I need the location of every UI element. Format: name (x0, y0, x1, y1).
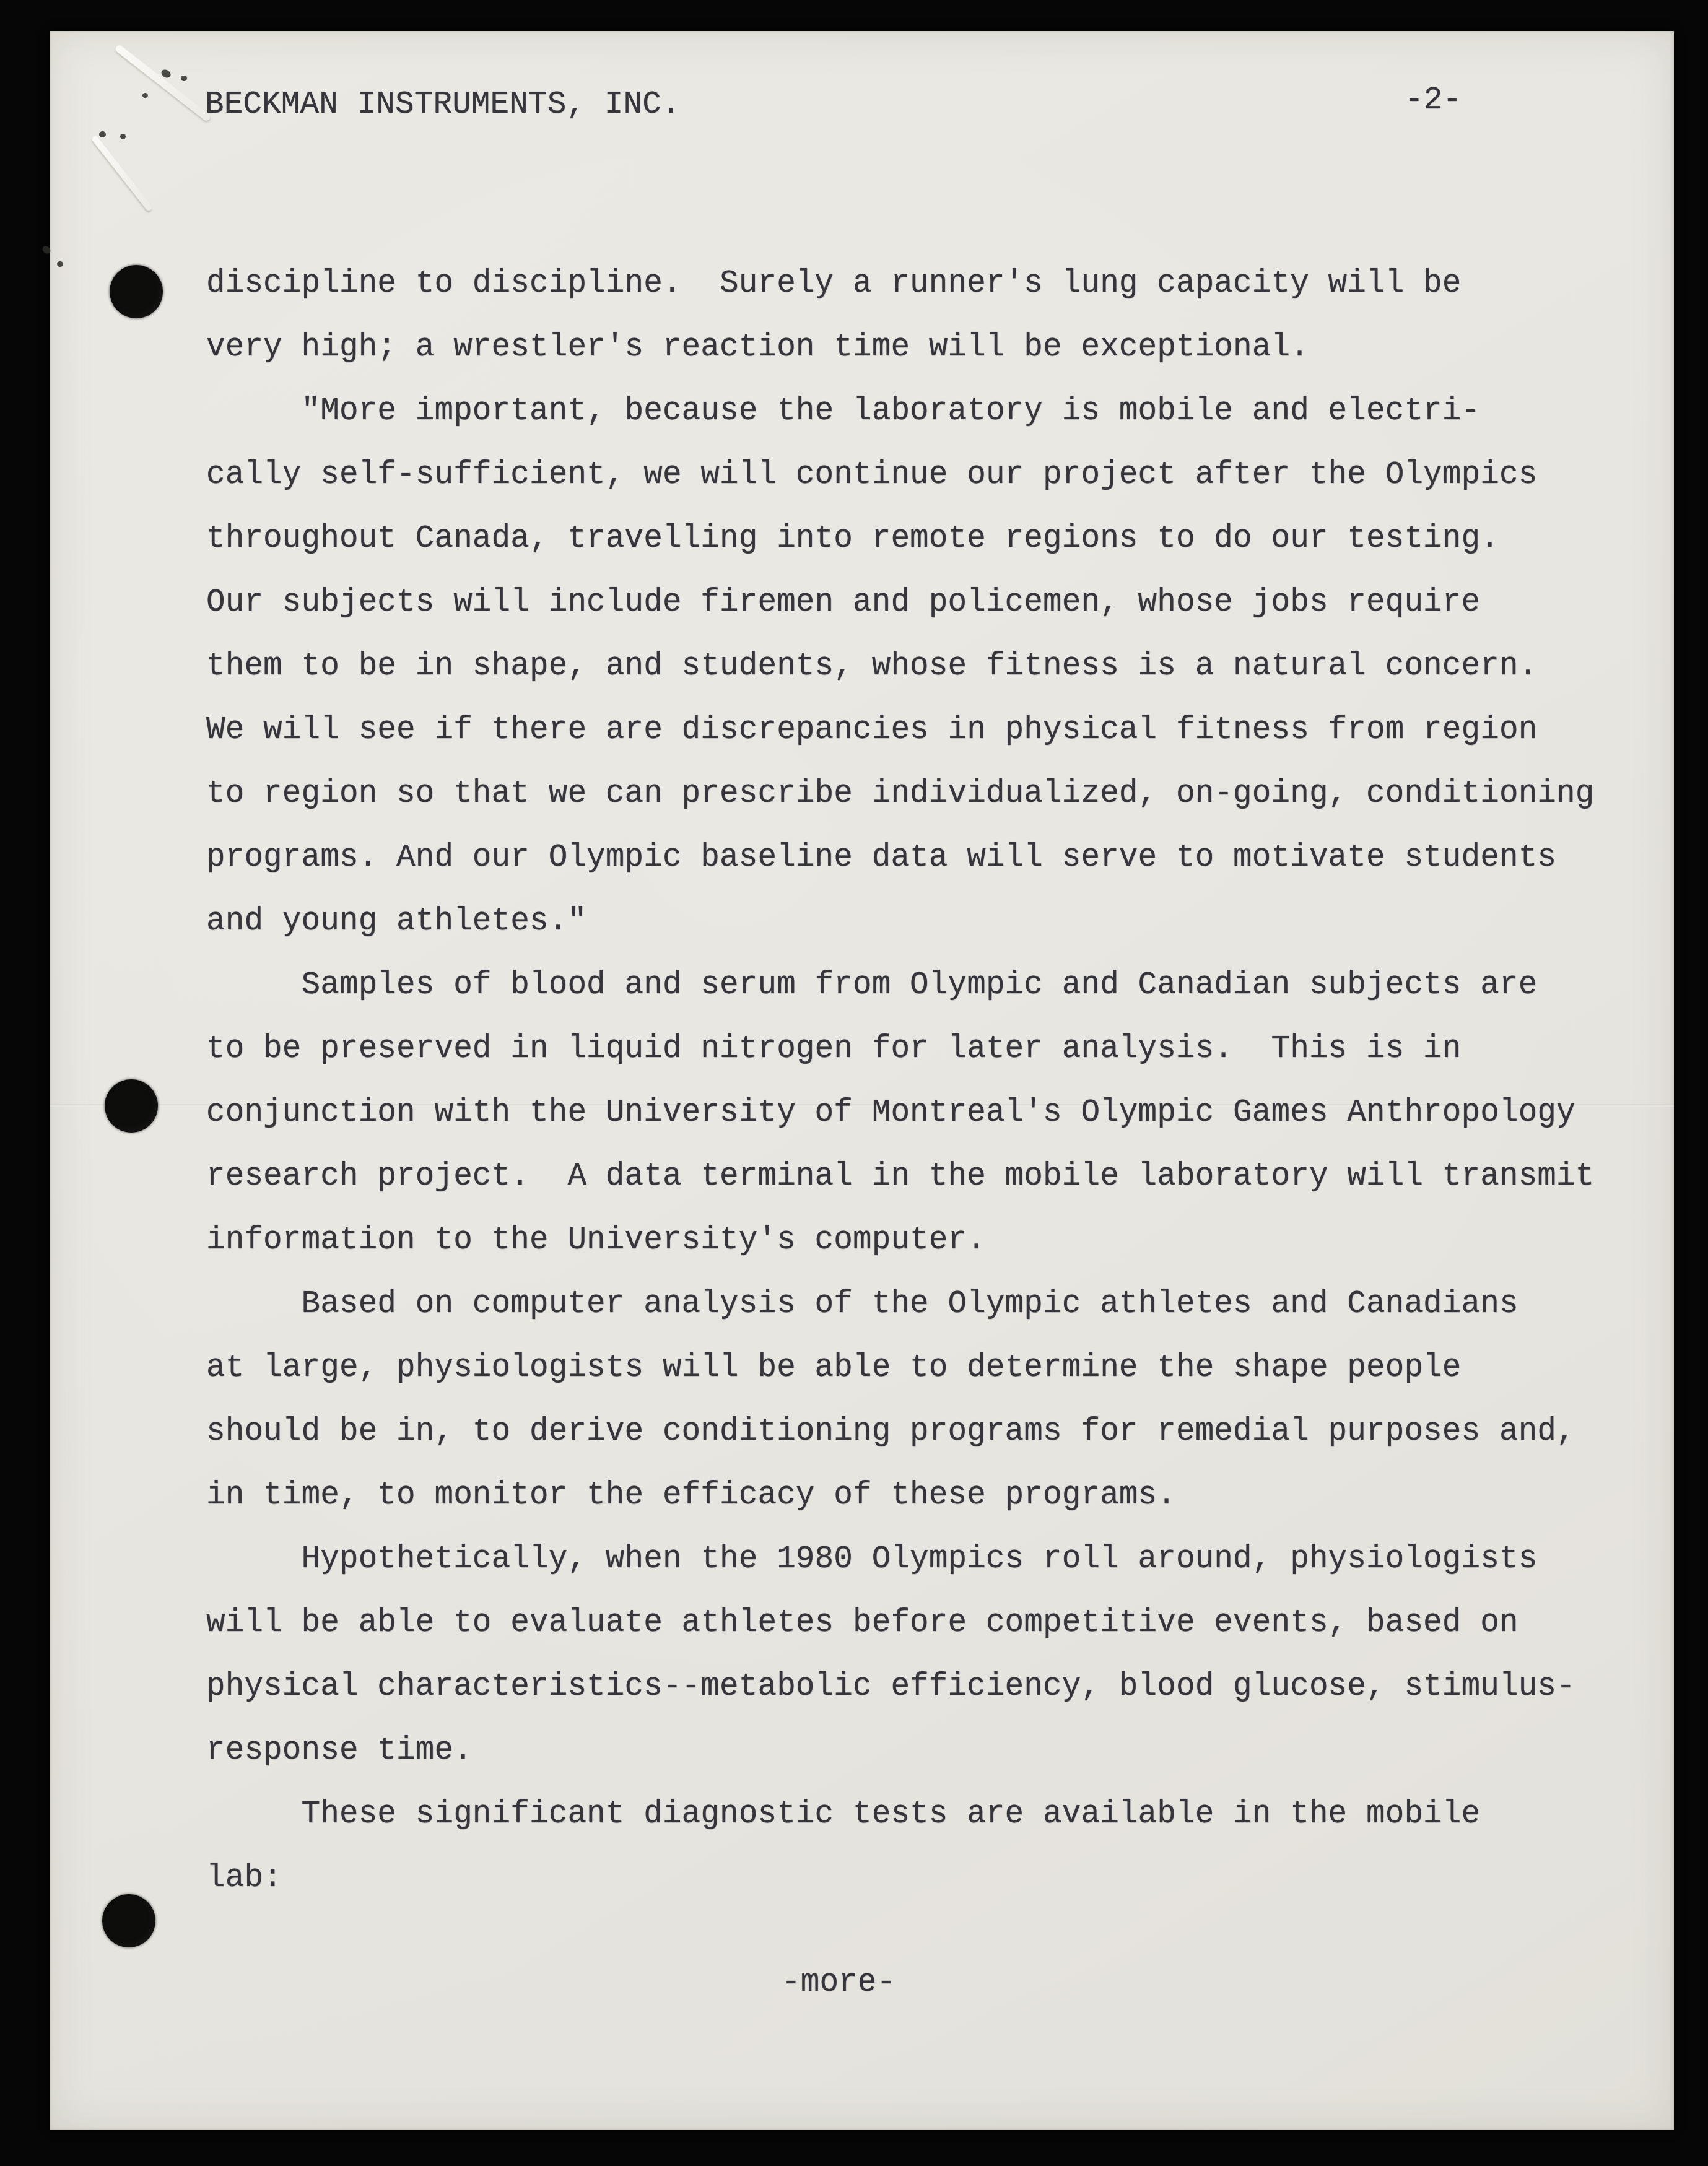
crease-mark (91, 135, 153, 212)
company-name: BECKMAN INSTRUMENTS, INC. (205, 73, 681, 137)
text-line: "More important, because the laboratory … (206, 380, 1594, 443)
text-line: These significant diagnostic tests are a… (206, 1783, 1594, 1846)
text-line: response time. (206, 1719, 1594, 1783)
document-page: BECKMAN INSTRUMENTS, INC. -2- discipline… (50, 31, 1674, 2130)
text-line: at large, physiologists will be able to … (206, 1336, 1594, 1400)
page-number: -2- (1405, 69, 1462, 133)
text-line: lab: (206, 1846, 1594, 1910)
text-line: conjunction with the University of Montr… (206, 1081, 1594, 1145)
staple-mark (142, 93, 148, 98)
text-line: should be in, to derive conditioning pro… (206, 1400, 1594, 1464)
text-line: Hypothetically, when the 1980 Olympics r… (206, 1528, 1594, 1591)
text-line: physical characteristics--metabolic effi… (206, 1655, 1594, 1719)
text-line: Samples of blood and serum from Olympic … (206, 954, 1594, 1017)
text-line: throughout Canada, travelling into remot… (206, 507, 1594, 571)
text-line: We will see if there are discrepancies i… (206, 698, 1594, 762)
crease-mark (114, 44, 211, 122)
hole-punch-middle (105, 1079, 158, 1133)
text-line: Our subjects will include firemen and po… (206, 571, 1594, 635)
staple-mark (41, 245, 52, 255)
text-line: to region so that we can prescribe indiv… (206, 762, 1594, 826)
scanner-background: BECKMAN INSTRUMENTS, INC. -2- discipline… (0, 0, 1708, 2166)
text-line: and young athletes." (206, 890, 1594, 954)
more-marker: -more- (782, 1951, 895, 2015)
staple-mark (99, 131, 106, 137)
staple-mark (181, 76, 187, 81)
document-body: discipline to discipline. Surely a runne… (206, 252, 1594, 1910)
text-line: Based on computer analysis of the Olympi… (206, 1272, 1594, 1336)
text-line: information to the University's computer… (206, 1209, 1594, 1272)
text-line: programs. And our Olympic baseline data … (206, 826, 1594, 890)
text-line: them to be in shape, and students, whose… (206, 635, 1594, 698)
text-line: very high; a wrestler's reaction time wi… (206, 316, 1594, 380)
staple-mark (57, 261, 63, 267)
text-line: research project. A data terminal in the… (206, 1145, 1594, 1209)
text-line: will be able to evaluate athletes before… (206, 1591, 1594, 1655)
staple-mark (120, 134, 126, 139)
text-line: in time, to monitor the efficacy of thes… (206, 1464, 1594, 1528)
text-line: to be preserved in liquid nitrogen for l… (206, 1017, 1594, 1081)
text-line: discipline to discipline. Surely a runne… (206, 252, 1594, 316)
hole-punch-top (110, 265, 163, 318)
text-line: cally self-sufficient, we will continue … (206, 443, 1594, 507)
hole-punch-bottom (102, 1894, 155, 1947)
